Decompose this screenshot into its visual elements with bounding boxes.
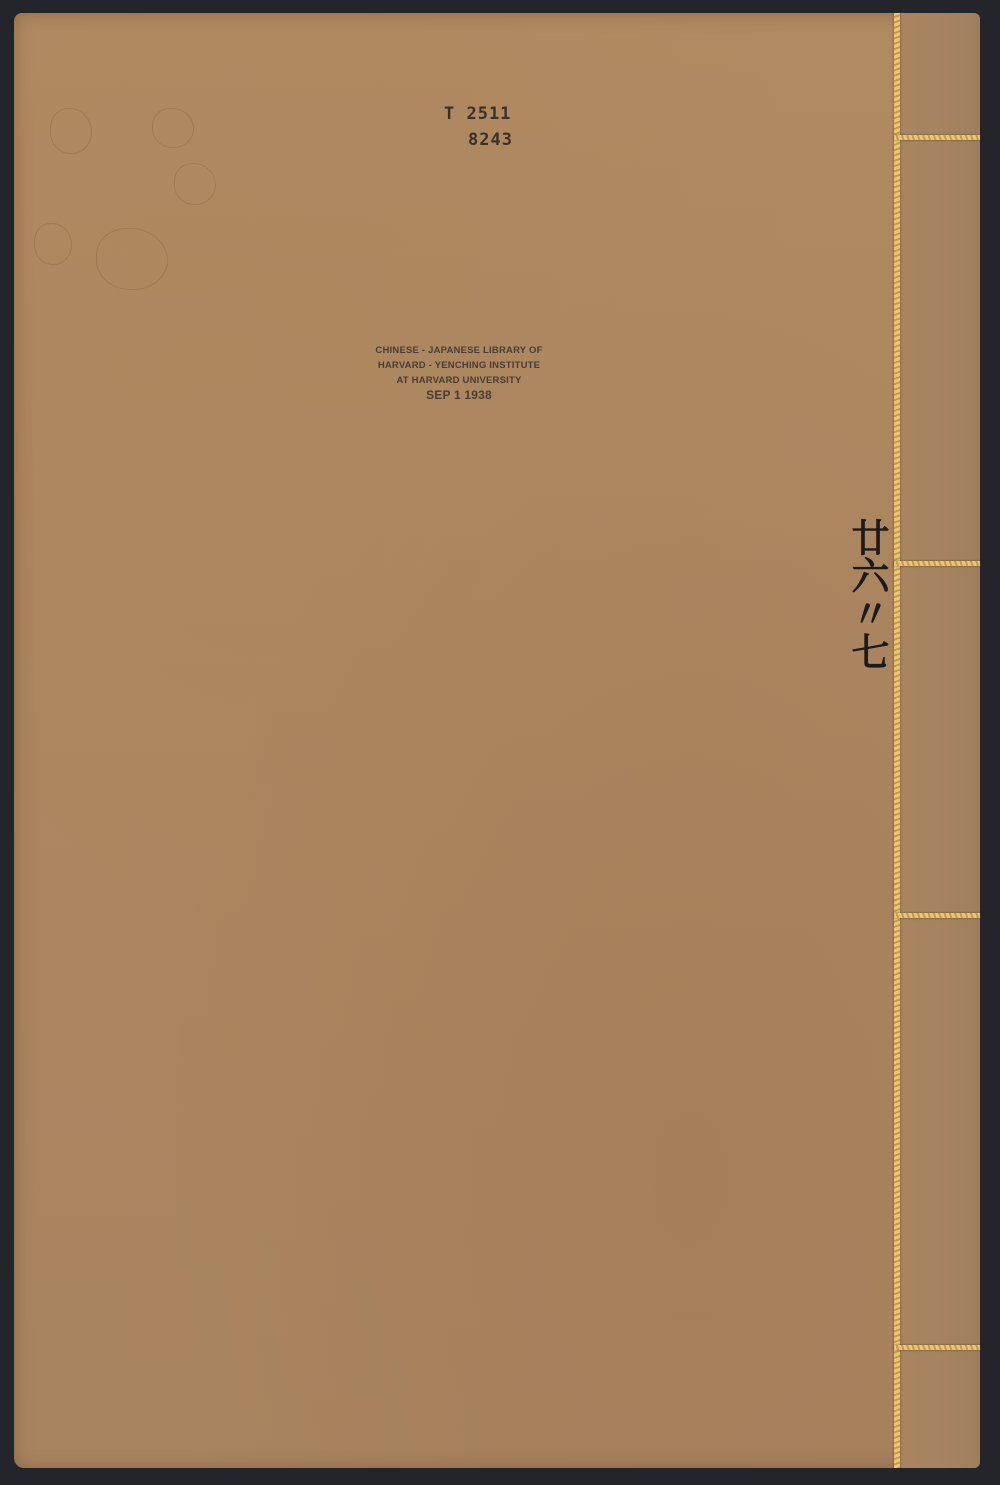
stain-mark [50, 108, 92, 154]
stamp-line-2: HARVARD - YENCHING INSTITUTE [354, 358, 564, 373]
call-number: T 2511 8243 [444, 101, 513, 153]
binding-stitch-1 [894, 135, 980, 140]
stamp-date: SEP 1 1938 [354, 388, 564, 403]
stain-mark [174, 163, 216, 205]
spine-strip [898, 13, 980, 1468]
book-cover: T 2511 8243 CHINESE - JAPANESE LIBRARY O… [14, 13, 980, 1468]
binding-thread [894, 13, 900, 1468]
binding-stitch-2 [894, 561, 980, 566]
stamp-line-1: CHINESE - JAPANESE LIBRARY OF [354, 343, 564, 358]
binding-stitch-4 [894, 1345, 980, 1350]
stain-mark [96, 228, 168, 290]
binding-stitch-3 [894, 913, 980, 918]
stain-mark [34, 223, 72, 265]
stain-mark [152, 108, 194, 148]
call-number-line2: 8243 [444, 127, 513, 153]
call-number-line1: T 2511 [444, 101, 513, 127]
library-stamp: CHINESE - JAPANESE LIBRARY OF HARVARD - … [354, 343, 564, 403]
stamp-line-3: AT HARVARD UNIVERSITY [354, 373, 564, 388]
handwritten-annotation: 廿六〃七 [840, 518, 890, 670]
